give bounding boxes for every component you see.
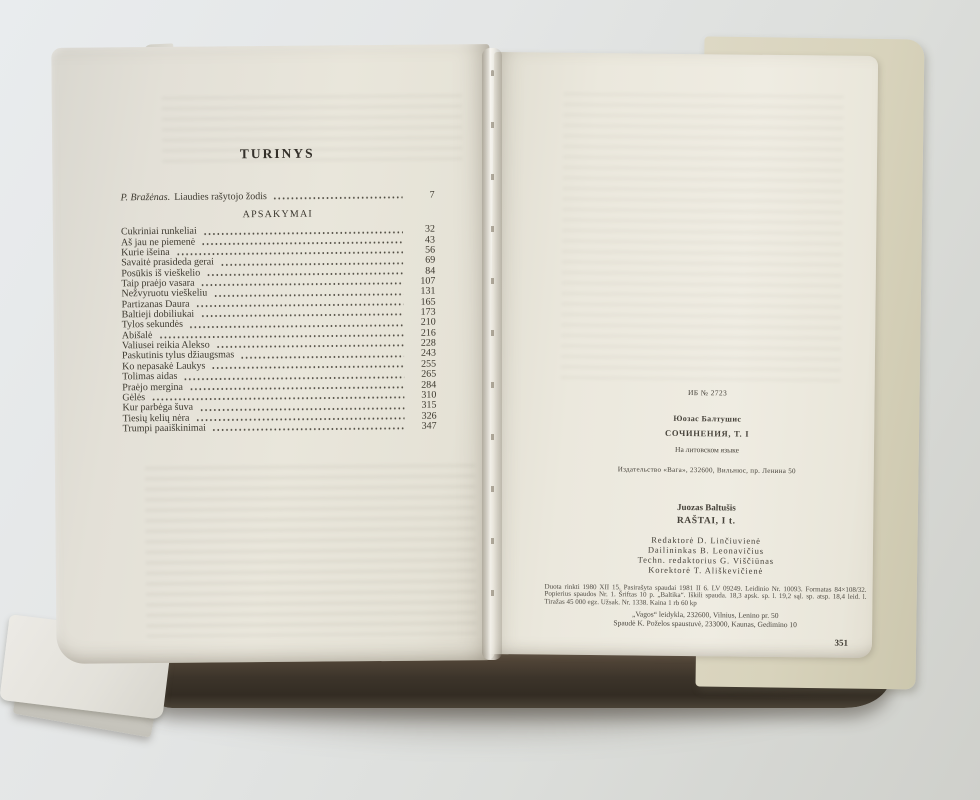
dot-leader [212, 427, 405, 432]
toc-heading: TURINYS [120, 145, 434, 164]
toc-list: Cukriniai runkeliai32Aš jau ne piemenė43… [121, 225, 437, 435]
dot-leader [201, 241, 403, 246]
title-russian: СОЧИНЕНИЯ, Т. I [546, 427, 868, 440]
colophon: ИБ № 2723 Юозас Балтушис СОЧИНЕНИЯ, Т. I… [544, 387, 869, 649]
dot-leader [206, 272, 403, 277]
dot-leader [211, 365, 404, 370]
print-details: Duota rinkti 1980 XII 15. Pasirašyta spa… [544, 584, 866, 610]
open-book-photo: TURINYS P. Bražėnas. Liaudies rašytojo ž… [0, 0, 980, 800]
title-lithuanian: RAŠTAI, I t. [545, 515, 867, 528]
dot-leader [189, 386, 404, 391]
dot-leader [216, 344, 404, 349]
entry-page-number: 347 [411, 421, 437, 432]
page-number: 351 [544, 635, 866, 648]
author-russian: Юозас Балтушис [546, 413, 868, 425]
dot-leader [195, 417, 404, 422]
dot-leader [201, 282, 404, 287]
credit-proofreader: Korektorė T. Ališkevičienė [545, 564, 867, 577]
intro-title: Liaudies rašytojo žodis [174, 192, 267, 203]
author-lithuanian: Juozas Baltušis [545, 501, 867, 514]
language-note: На литовском языке [546, 444, 868, 456]
toc-intro-entry: P. Bražėnas. Liaudies rašytojo žodis 7 [121, 191, 435, 204]
dot-leader [176, 251, 403, 256]
dot-leader [240, 355, 404, 359]
toc-section-heading: APSAKYMAI [121, 208, 435, 222]
dot-leader [200, 313, 404, 318]
toc-entry-row: Trumpi paaiškinimai347 [123, 421, 437, 434]
intro-author: P. Bražėnas. [121, 193, 171, 204]
ib-number: ИБ № 2723 [547, 387, 869, 399]
dot-leader [196, 303, 404, 308]
dot-leader [189, 324, 404, 329]
showthrough-texture [561, 93, 844, 386]
staff-credits: Redaktorė D. Linčiuvienė Dailininkas B. … [545, 534, 867, 577]
dot-leader [183, 375, 404, 380]
binding-stitches [491, 70, 494, 640]
intro-page-number: 7 [409, 191, 435, 202]
dot-leader [220, 262, 403, 267]
publisher-russian: Издательство «Вага», 232600, Вильнюс, пр… [546, 465, 868, 476]
table-of-contents: TURINYS P. Bražėnas. Liaudies rašytojo ž… [120, 145, 436, 435]
dot-leader [203, 231, 403, 236]
dot-leader [273, 196, 403, 200]
showthrough-texture [145, 464, 476, 637]
dot-leader [199, 406, 404, 411]
dot-leader [213, 293, 403, 298]
right-page: ИБ № 2723 Юозас Балтушис СОЧИНЕНИЯ, Т. I… [488, 52, 878, 658]
entry-title: Trumpi paaiškinimai [123, 423, 206, 434]
left-page: TURINYS P. Bražėnas. Liaudies rašytojo ž… [51, 44, 494, 664]
